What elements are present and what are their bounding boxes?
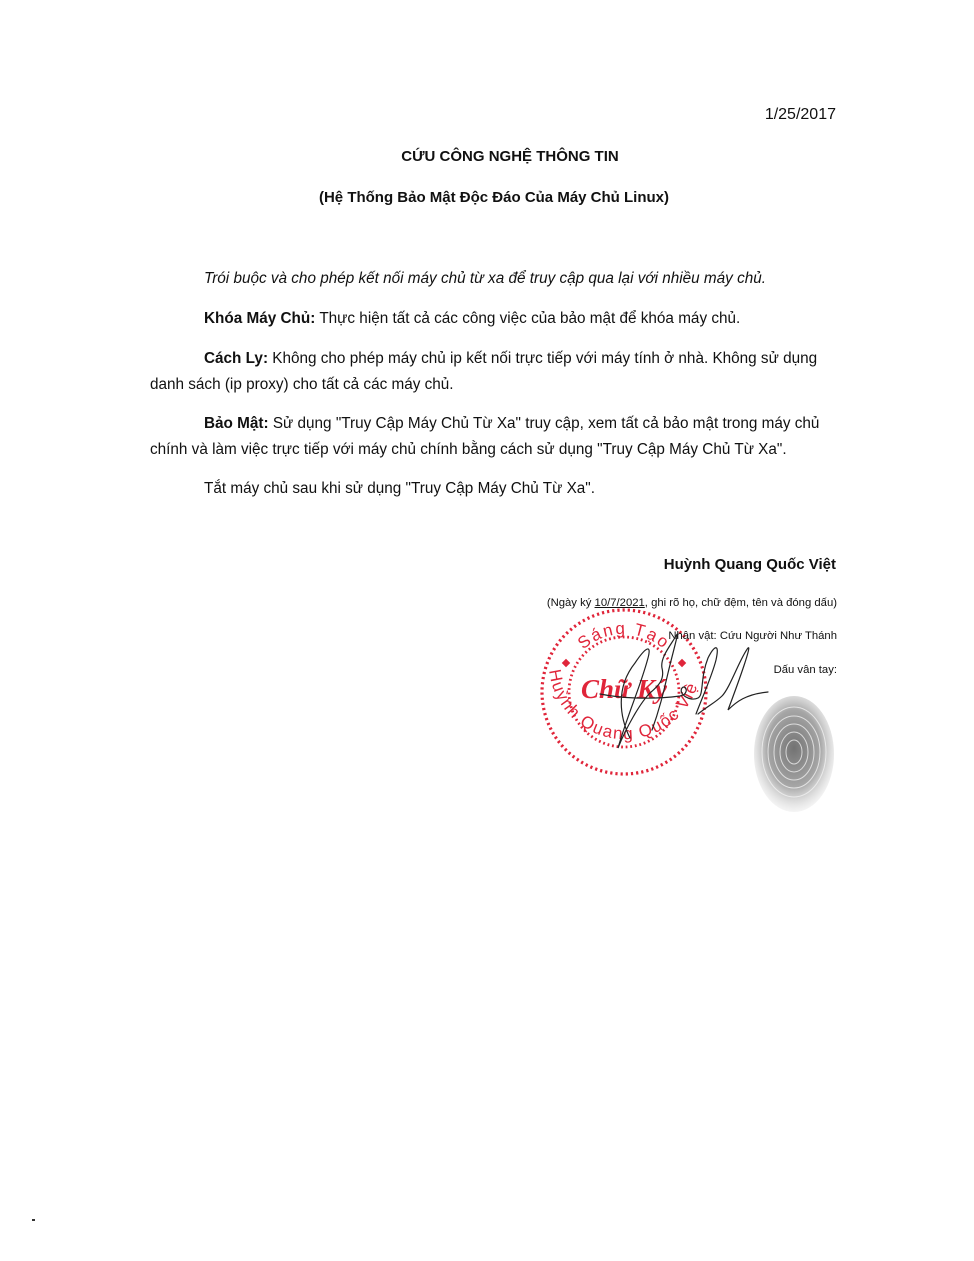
- paragraph-isolation: Cách Ly: Không cho phép máy chủ ip kết n…: [150, 346, 840, 398]
- document-date: 1/25/2017: [765, 106, 836, 124]
- paragraph-security: Bảo Mật: Sử dụng "Truy Cập Máy Chủ Từ Xa…: [150, 411, 840, 463]
- paragraph-label: Cách Ly:: [204, 350, 268, 367]
- fingerprint-label: Dấu vân tay:: [774, 664, 837, 676]
- paragraph-label: Bảo Mật:: [204, 415, 269, 432]
- signer-name: Huỳnh Quang Quốc Việt: [664, 556, 836, 573]
- handwritten-signature: [590, 618, 770, 758]
- document-subtitle: (Hệ Thống Bảo Mật Độc Đáo Của Máy Chủ Li…: [0, 189, 974, 206]
- paragraph-text: Tắt máy chủ sau khi sử dụng "Truy Cập Má…: [204, 480, 595, 497]
- scan-artifact: [32, 1219, 35, 1221]
- intro-paragraph: Trói buộc và cho phép kết nối máy chủ từ…: [150, 266, 840, 292]
- paragraph-shutdown: Tắt máy chủ sau khi sử dụng "Truy Cập Má…: [150, 476, 840, 502]
- fingerprint-image: [748, 690, 840, 820]
- document-title: CỨU CÔNG NGHỆ THÔNG TIN: [0, 148, 974, 165]
- paragraph-label: Khóa Máy Chủ:: [204, 310, 315, 327]
- paragraph-server-lock: Khóa Máy Chủ: Thực hiện tất cả các công …: [150, 306, 840, 332]
- paragraph-text: Thực hiện tất cả các công việc của bảo m…: [315, 310, 740, 327]
